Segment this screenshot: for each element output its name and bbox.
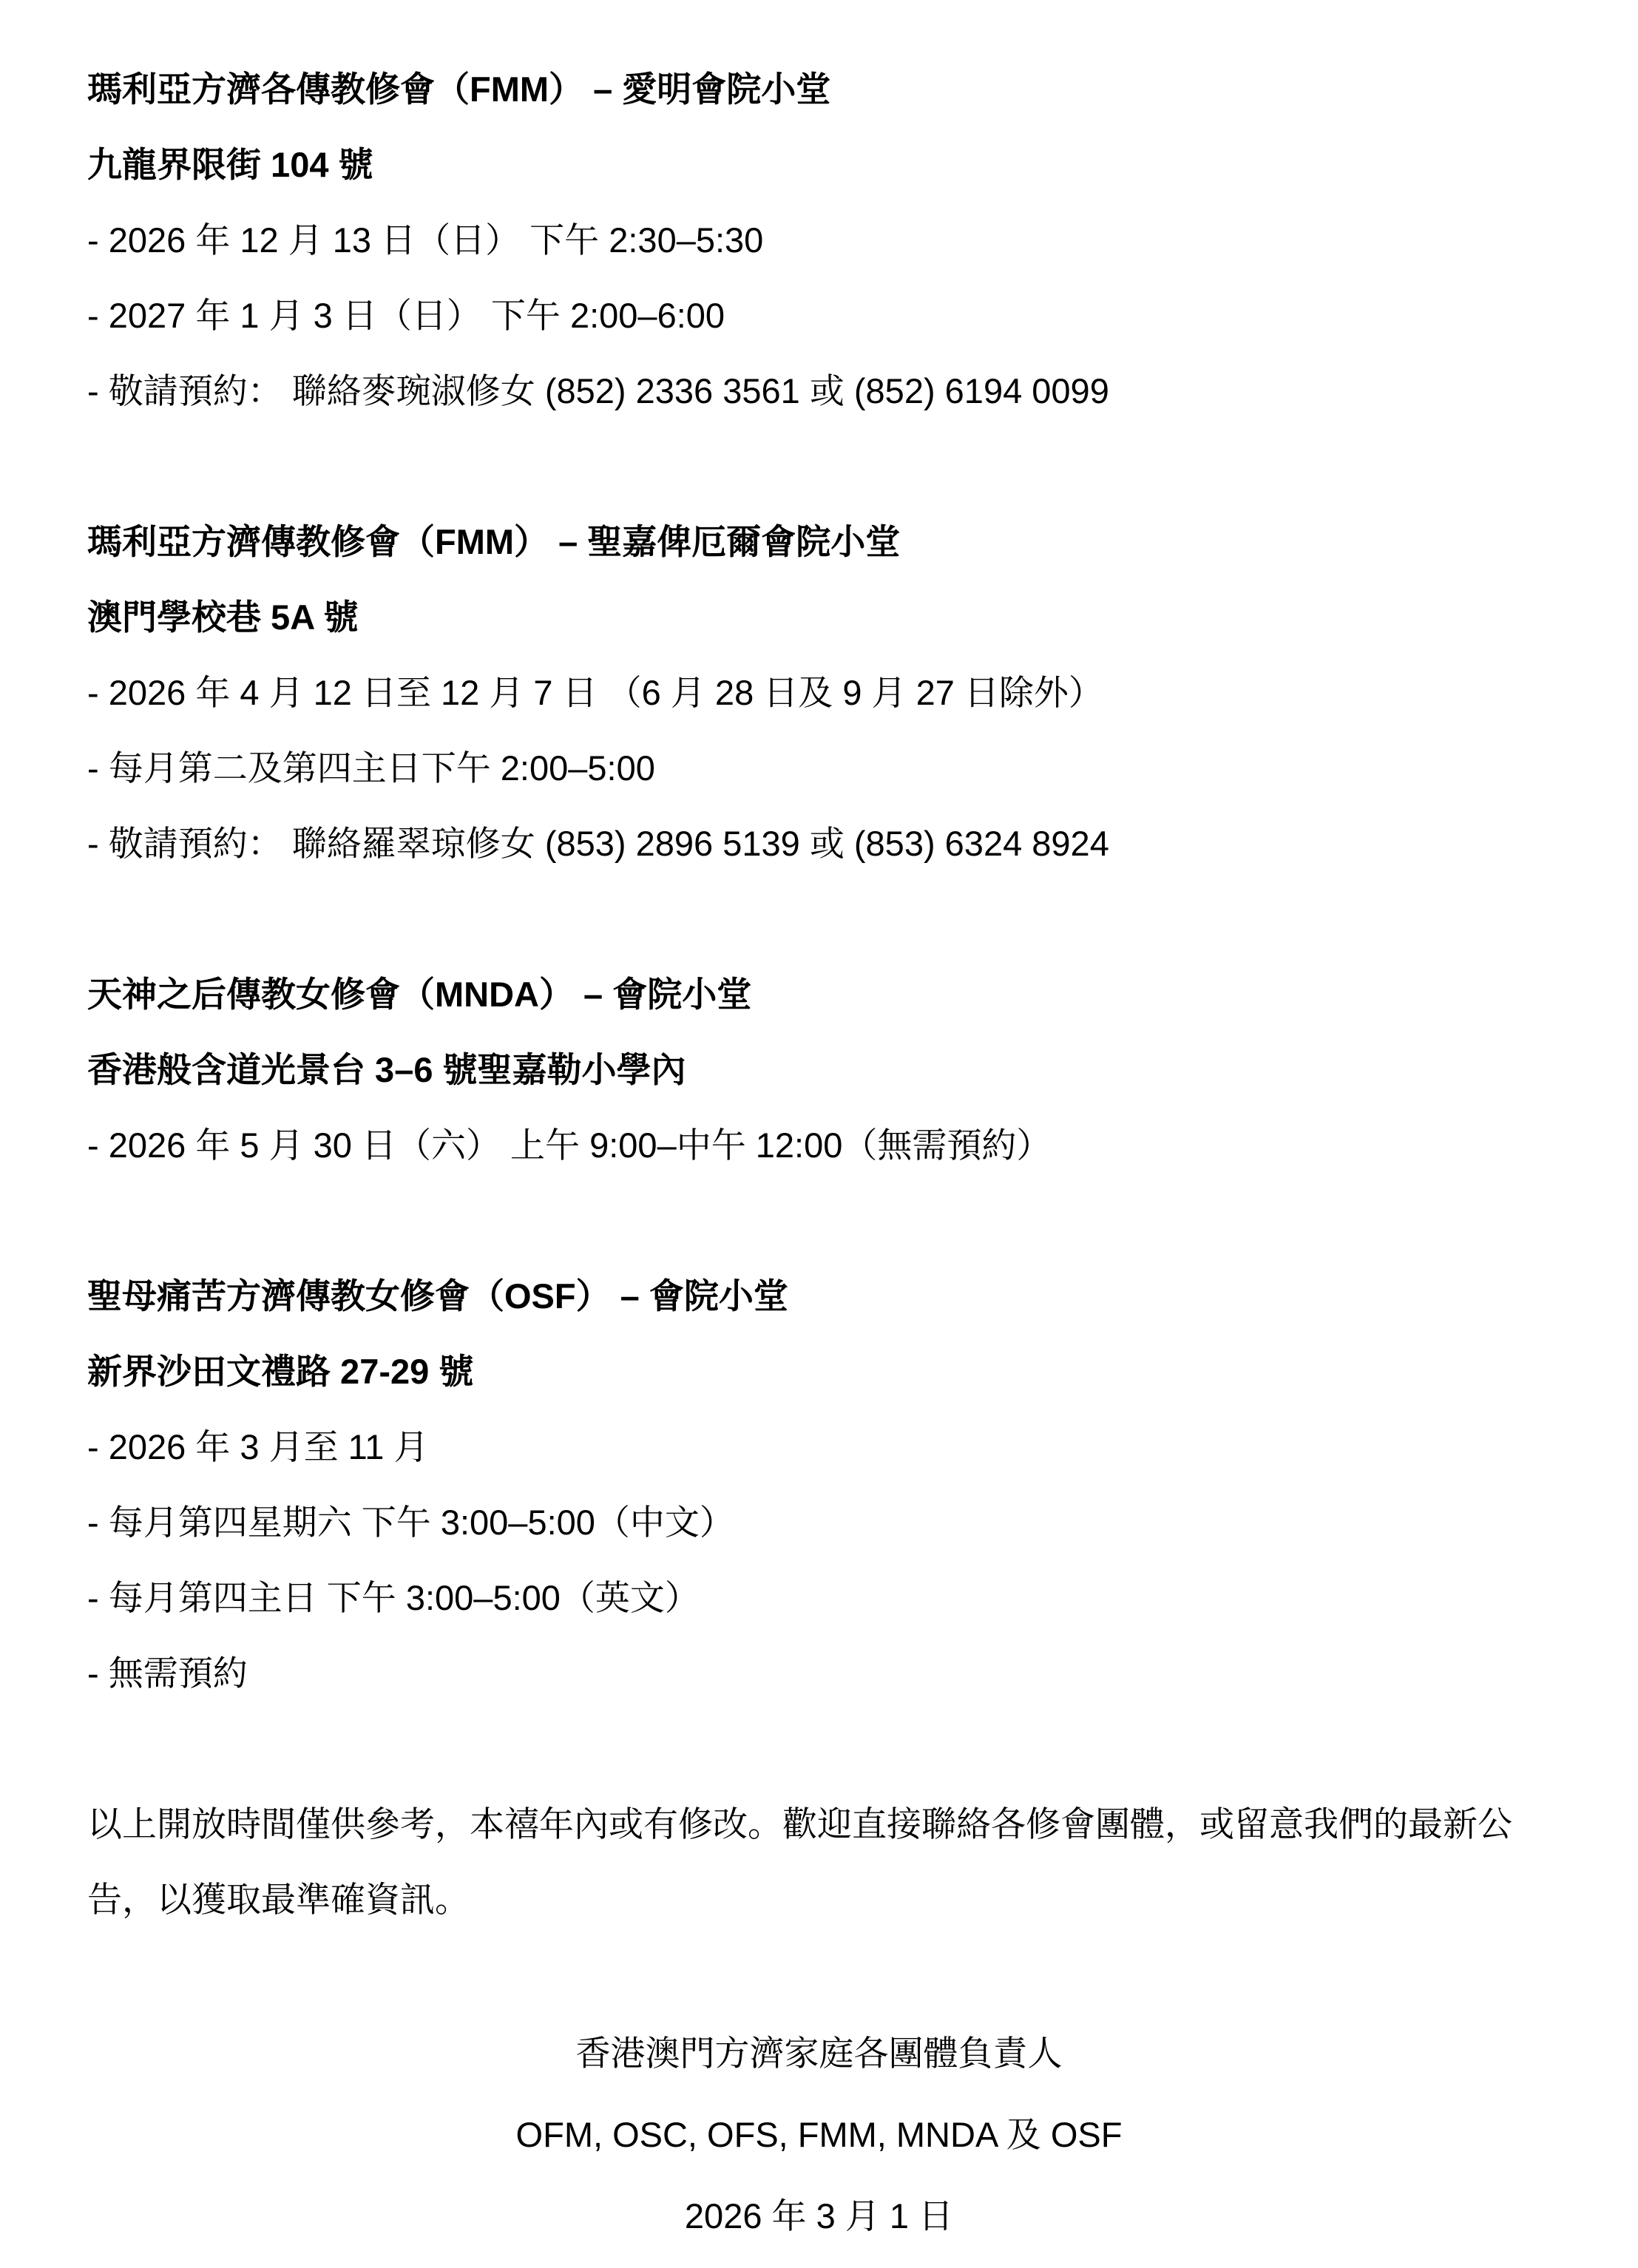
schedule-item: - 2026 年 12 月 13 日（日） 下午 2:30–5:30 bbox=[87, 203, 1551, 278]
signature-orders: OFM, OSC, OFS, FMM, MNDA 及 OSF bbox=[87, 2094, 1551, 2176]
schedule-item: - 2026 年 5 月 30 日（六） 上午 9:00–中午 12:00（無需… bbox=[87, 1108, 1551, 1183]
disclaimer-block: 以上開放時間僅供參考，本禧年內或有修改。歡迎直接聯絡各修會團體，或留意我們的最新… bbox=[87, 1787, 1551, 1937]
section-address: 九龍界限街 104 號 bbox=[87, 127, 1551, 203]
signature-role: 香港澳門方濟家庭各團體負責人 bbox=[87, 2013, 1551, 2094]
section-osf: 聖母痛苦方濟傳教女修會（OSF） – 會院小堂 新界沙田文禮路 27-29 號 … bbox=[87, 1259, 1551, 1711]
schedule-item: - 每月第四主日 下午 3:00–5:00（英文） bbox=[87, 1560, 1551, 1636]
disclaimer-text: 以上開放時間僅供參考，本禧年內或有修改。歡迎直接聯絡各修會團體，或留意我們的最新… bbox=[87, 1787, 1551, 1937]
schedule-item: - 2026 年 4 月 12 日至 12 月 7 日 （6 月 28 日及 9… bbox=[87, 655, 1551, 731]
section-fmm-st-gabriel: 瑪利亞方濟傳教修會（FMM） – 聖嘉俾厄爾會院小堂 澳門學校巷 5A 號 - … bbox=[87, 504, 1551, 881]
section-title: 瑪利亞方濟各傳教修會（FMM） – 愛明會院小堂 bbox=[87, 52, 1551, 127]
schedule-item: - 敬請預約： 聯絡羅翠琼修女 (853) 2896 5139 或 (853) … bbox=[87, 806, 1551, 881]
section-fmm-oi-ming: 瑪利亞方濟各傳教修會（FMM） – 愛明會院小堂 九龍界限街 104 號 - 2… bbox=[87, 52, 1551, 429]
document-page: 瑪利亞方濟各傳教修會（FMM） – 愛明會院小堂 九龍界限街 104 號 - 2… bbox=[0, 0, 1638, 2268]
section-title: 聖母痛苦方濟傳教女修會（OSF） – 會院小堂 bbox=[87, 1259, 1551, 1334]
schedule-item: - 2026 年 3 月至 11 月 bbox=[87, 1409, 1551, 1485]
section-address: 香港般含道光景台 3–6 號聖嘉勒小學內 bbox=[87, 1032, 1551, 1108]
schedule-item: - 每月第四星期六 下午 3:00–5:00（中文） bbox=[87, 1485, 1551, 1560]
schedule-item: - 敬請預約： 聯絡麥琬淑修女 (852) 2336 3561 或 (852) … bbox=[87, 353, 1551, 429]
schedule-item: - 每月第二及第四主日下午 2:00–5:00 bbox=[87, 731, 1551, 806]
section-address: 澳門學校巷 5A 號 bbox=[87, 580, 1551, 655]
section-title: 天神之后傳教女修會（MNDA） – 會院小堂 bbox=[87, 957, 1551, 1032]
schedule-item: - 無需預約 bbox=[87, 1636, 1551, 1711]
schedule-item: - 2027 年 1 月 3 日（日） 下午 2:00–6:00 bbox=[87, 278, 1551, 353]
signature-block: 香港澳門方濟家庭各團體負責人 OFM, OSC, OFS, FMM, MNDA … bbox=[87, 2013, 1551, 2257]
signature-date: 2026 年 3 月 1 日 bbox=[87, 2176, 1551, 2257]
section-mnda: 天神之后傳教女修會（MNDA） – 會院小堂 香港般含道光景台 3–6 號聖嘉勒… bbox=[87, 957, 1551, 1183]
section-address: 新界沙田文禮路 27-29 號 bbox=[87, 1334, 1551, 1409]
section-title: 瑪利亞方濟傳教修會（FMM） – 聖嘉俾厄爾會院小堂 bbox=[87, 504, 1551, 580]
